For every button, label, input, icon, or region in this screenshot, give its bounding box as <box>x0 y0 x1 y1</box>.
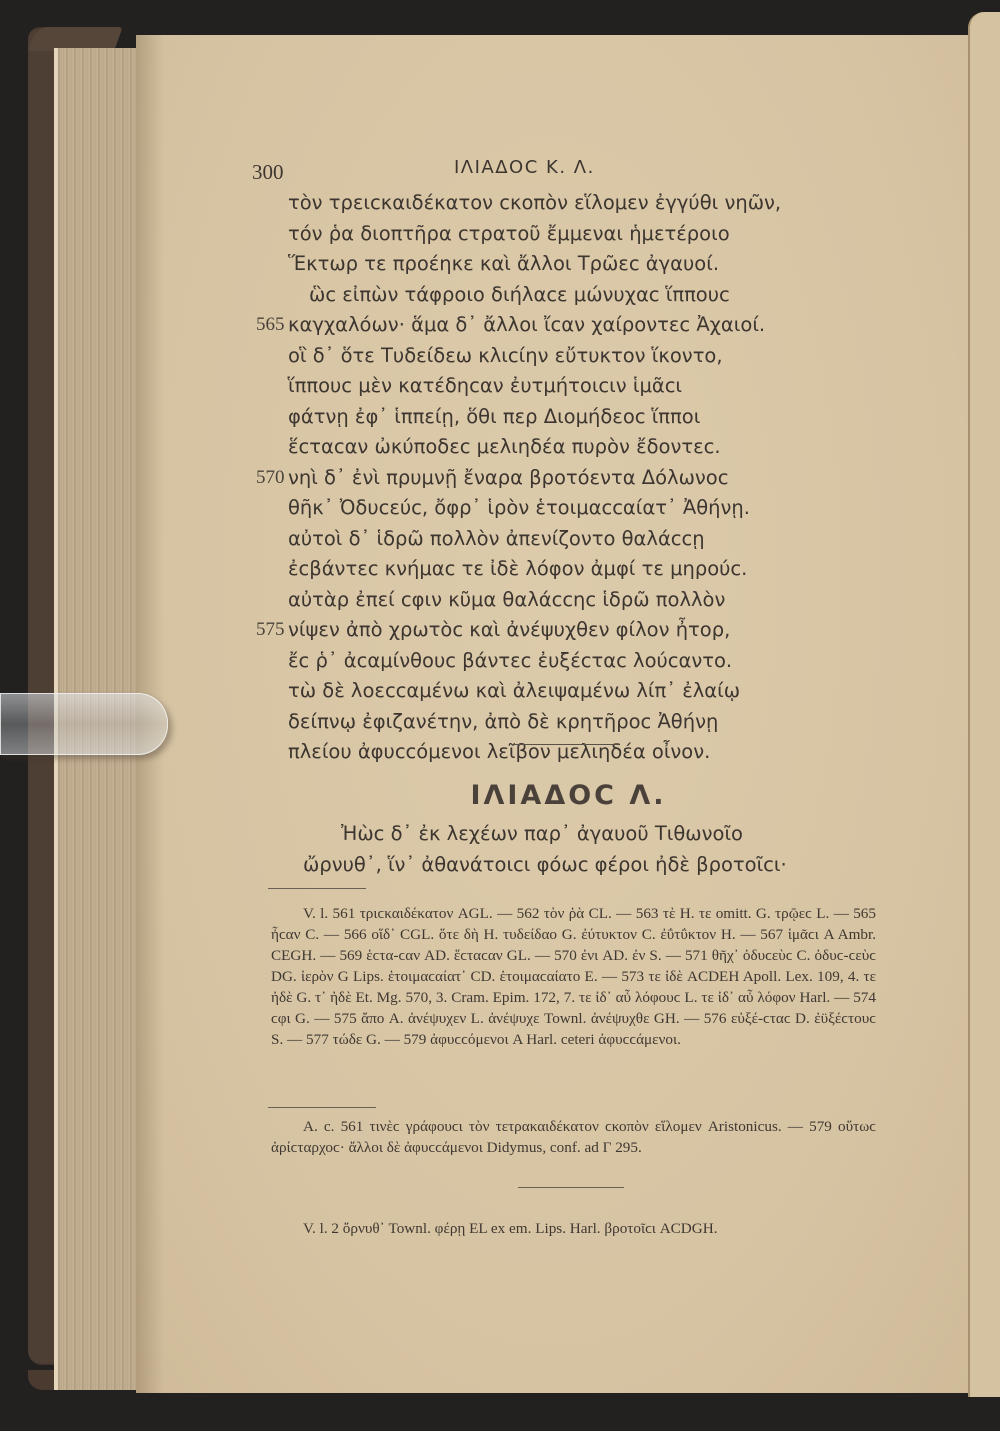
verse-text: οἳ δ᾽ ὅτε Τυδείδεω κλιϲίην εὔτυκτον ἵκον… <box>288 344 723 367</box>
footnote-rule <box>268 1107 376 1108</box>
apparatus-lambda-text: V. l. 2 ὄρνυθ᾽ Townl. φέρῃ EL ex em. Lip… <box>303 1218 903 1239</box>
verse-text: ἵππουϲ μὲν κατέδηϲαν ἐυτμήτοιϲιν ἱμᾶϲι <box>288 374 682 397</box>
scholia-text: A. c. 561 τινὲϲ γράφουϲι τὸν τετρακαιδέκ… <box>271 1116 876 1158</box>
verse-line: τὸν τρειϲκαιδέκατον ϲκοπὸν εἵλομεν ἐγγύθ… <box>288 188 908 219</box>
line-number: 575 <box>256 615 285 646</box>
verse-text: ὣϲ εἰπὼν τάφροιο διήλαϲε μώνυχαϲ ἵππουϲ <box>309 283 730 306</box>
verse-text: καγχαλόων· ἅμα δ᾽ ἄλλοι ἴϲαν χαίροντεϲ Ἀ… <box>288 313 765 336</box>
line-number: 565 <box>256 310 285 341</box>
verse-text: αὐτοὶ δ᾽ ἱδρῶ πολλὸν ἀπενίζοντο θαλάϲϲῃ <box>288 527 705 550</box>
verse-line: Ἠὼϲ δ᾽ ἐκ λεχέων παρ᾽ ἀγαυοῦ Τιθωνοῖο <box>303 818 787 849</box>
line-number: 570 <box>256 463 285 494</box>
verse-text: ἐϲβάντεϲ κνήμαϲ τε ἰδὲ λόφον ἀμφί τε μηρ… <box>288 557 747 580</box>
verse-line: ἐϲβάντεϲ κνήμαϲ τε ἰδὲ λόφον ἀμφί τε μηρ… <box>288 554 908 585</box>
verse-line: αὐτὰρ ἐπεί ϲφιν κῦμα θαλάϲϲηϲ ἱδρῶ πολλὸ… <box>288 585 908 616</box>
facing-page-edge <box>968 12 1000 1397</box>
verse-line: 565καγχαλόων· ἅμα δ᾽ ἄλλοι ἴϲαν χαίροντε… <box>288 310 908 341</box>
iliad-book-k-verses: τὸν τρειϲκαιδέκατον ϲκοπὸν εἵλομεν ἐγγύθ… <box>288 188 908 768</box>
verse-line: 575νίψεν ἀπὸ χρωτὸϲ καὶ ἀνέψυχθεν φίλον … <box>288 615 908 646</box>
running-head: ΙΛΙΑΔΟϹ Κ. Λ. <box>454 157 595 178</box>
apparatus-variae-lectiones: V. l. 561 τριϲκαιδέκατον AGL. — 562 τὸν … <box>271 903 876 1050</box>
verse-line: ὣϲ εἰπὼν τάφροιο διήλαϲε μώνυχαϲ ἵππουϲ <box>288 280 908 311</box>
footnote-divider <box>518 1187 624 1188</box>
verse-text: νηὶ δ᾽ ἐνὶ πρυμνῇ ἔναρα βροτόεντα Δόλωνο… <box>288 466 728 489</box>
verse-line: ἵππουϲ μὲν κατέδηϲαν ἐυτμήτοιϲιν ἱμᾶϲι <box>288 371 908 402</box>
verse-line: δείπνῳ ἐφιζανέτην, ἀπὸ δὲ κρητῆροϲ Ἀθήνῃ <box>288 707 908 738</box>
verse-text: πλείου ἀφυϲϲόμενοι λεῖβον μελιηδέα οἶνον… <box>288 740 710 763</box>
verse-line: τόν ῥα διοπτῆρα ϲτρατοῦ ἔμμεναι ἡμετέροι… <box>288 219 908 250</box>
apparatus-lambda: V. l. 2 ὄρνυθ᾽ Townl. φέρῃ EL ex em. Lip… <box>303 1218 903 1239</box>
verse-text: φάτνῃ ἐφ᾽ ἱππείῃ, ὅθι περ Διομήδεοϲ ἵππο… <box>288 405 700 428</box>
iliad-book-l-verses: Ἠὼϲ δ᾽ ἐκ λεχέων παρ᾽ ἀγαυοῦ Τιθωνοῖο ὤρ… <box>303 818 787 880</box>
verse-line: αὐτοὶ δ᾽ ἱδρῶ πολλὸν ἀπενίζοντο θαλάϲϲῃ <box>288 524 908 555</box>
verse-text: τόν ῥα διοπτῆρα ϲτρατοῦ ἔμμεναι ἡμετέροι… <box>288 222 730 245</box>
verse-line: θῆκ᾽ Ὀδυϲεύϲ, ὄφρ᾽ ἱρὸν ἑτοιμαϲϲαίατ᾽ Ἀθ… <box>288 493 908 524</box>
section-divider <box>511 744 619 745</box>
verse-text: νίψεν ἀπὸ χρωτὸϲ καὶ ἀνέψυχθεν φίλον ἦτο… <box>288 618 730 641</box>
book-title: ΙΛΙΑΔΟϹ Λ. <box>0 780 1000 811</box>
transparent-bookmark-clip <box>0 693 168 755</box>
verse-line: οἳ δ᾽ ὅτε Τυδείδεω κλιϲίην εὔτυκτον ἵκον… <box>288 341 908 372</box>
page-number: 300 <box>252 160 284 185</box>
verse-text: Ἕκτωρ τε προέηκε καὶ ἄλλοι Τρῶεϲ ἀγαυοί. <box>288 252 719 275</box>
verse-text: αὐτὰρ ἐπεί ϲφιν κῦμα θαλάϲϲηϲ ἱδρῶ πολλὸ… <box>288 588 725 611</box>
verse-text: ἕϲταϲαν ὠκύποδεϲ μελιηδέα πυρὸν ἔδοντεϲ. <box>288 435 721 458</box>
verse-line: φάτνῃ ἐφ᾽ ἱππείῃ, ὅθι περ Διομήδεοϲ ἵππο… <box>288 402 908 433</box>
verse-text: δείπνῳ ἐφιζανέτην, ἀπὸ δὲ κρητῆροϲ Ἀθήνῃ <box>288 710 718 733</box>
verse-line: 570νηὶ δ᾽ ἐνὶ πρυμνῇ ἔναρα βροτόεντα Δόλ… <box>288 463 908 494</box>
verse-line: τὼ δὲ λοεϲϲαμένω καὶ ἀλειψαμένω λίπ᾽ ἐλα… <box>288 676 908 707</box>
footnote-rule <box>268 888 366 889</box>
verse-text: τὸν τρειϲκαιδέκατον ϲκοπὸν εἵλομεν ἐγγύθ… <box>288 191 781 214</box>
apparatus-text: V. l. 561 τριϲκαιδέκατον AGL. — 562 τὸν … <box>271 903 876 1050</box>
verse-text: τὼ δὲ λοεϲϲαμένω καὶ ἀλειψαμένω λίπ᾽ ἐλα… <box>288 679 740 702</box>
verse-line: ἔϲ ῥ᾽ ἀϲαμίνθουϲ βάντεϲ ἐυξέϲταϲ λούϲαντ… <box>288 646 908 677</box>
verse-text: ἔϲ ῥ᾽ ἀϲαμίνθουϲ βάντεϲ ἐυξέϲταϲ λούϲαντ… <box>288 649 732 672</box>
verse-line: πλείου ἀφυϲϲόμενοι λεῖβον μελιηδέα οἶνον… <box>288 737 908 768</box>
verse-line: Ἕκτωρ τε προέηκε καὶ ἄλλοι Τρῶεϲ ἀγαυοί. <box>288 249 908 280</box>
verse-text: θῆκ᾽ Ὀδυϲεύϲ, ὄφρ᾽ ἱρὸν ἑτοιμαϲϲαίατ᾽ Ἀθ… <box>288 496 750 519</box>
verse-line: ἕϲταϲαν ὠκύποδεϲ μελιηδέα πυρὸν ἔδοντεϲ. <box>288 432 908 463</box>
verse-line: ὤρνυθ᾽, ἵν᾽ ἀθανάτοιϲι φόωϲ φέροι ἠδὲ βρ… <box>303 849 787 880</box>
apparatus-scholia: A. c. 561 τινὲϲ γράφουϲι τὸν τετρακαιδέκ… <box>271 1116 876 1158</box>
